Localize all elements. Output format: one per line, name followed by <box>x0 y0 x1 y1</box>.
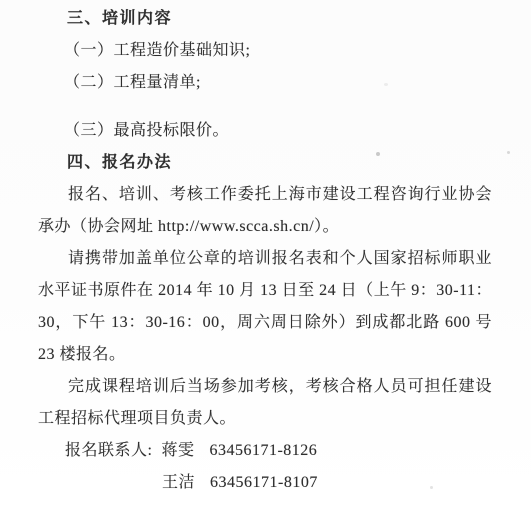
section-heading-training-content: 三、培训内容 <box>67 3 531 35</box>
contact-name-1: 蒋雯 <box>161 442 194 459</box>
contact-phone-1: 63456171-8126 <box>209 442 317 459</box>
contact-label: 报名联系人: <box>65 442 152 459</box>
training-item-3: （三）最高投标限价。 <box>64 115 531 147</box>
contact-row-2: 王洁63456171-8107 <box>162 467 531 499</box>
paragraph-registration-delegation: 报名、培训、考核工作委托上海市建设工程咨询行业协会承办（协会网址 http://… <box>38 179 492 243</box>
contact-row-1: 报名联系人:蒋雯63456171-8126 <box>65 435 531 467</box>
scanned-notice-page: 三、培训内容 （一）工程造价基础知识; （二）工程量清单; （三）最高投标限价。… <box>0 0 531 506</box>
training-item-1: （一）工程造价基础知识; <box>64 35 531 67</box>
training-item-2: （二）工程量清单; <box>64 67 531 99</box>
contact-phone-2: 63456171-8107 <box>210 474 318 491</box>
contact-name-2: 王洁 <box>162 474 195 491</box>
paragraph-registration-requirements: 请携带加盖单位公章的培训报名表和个人国家招标师职业水平证书原件在 2014 年 … <box>38 243 492 371</box>
section-heading-registration-method: 四、报名办法 <box>67 147 531 179</box>
paragraph-assessment-result: 完成课程培训后当场参加考核，考核合格人员可担任建设工程招标代理项目负责人。 <box>38 371 492 435</box>
